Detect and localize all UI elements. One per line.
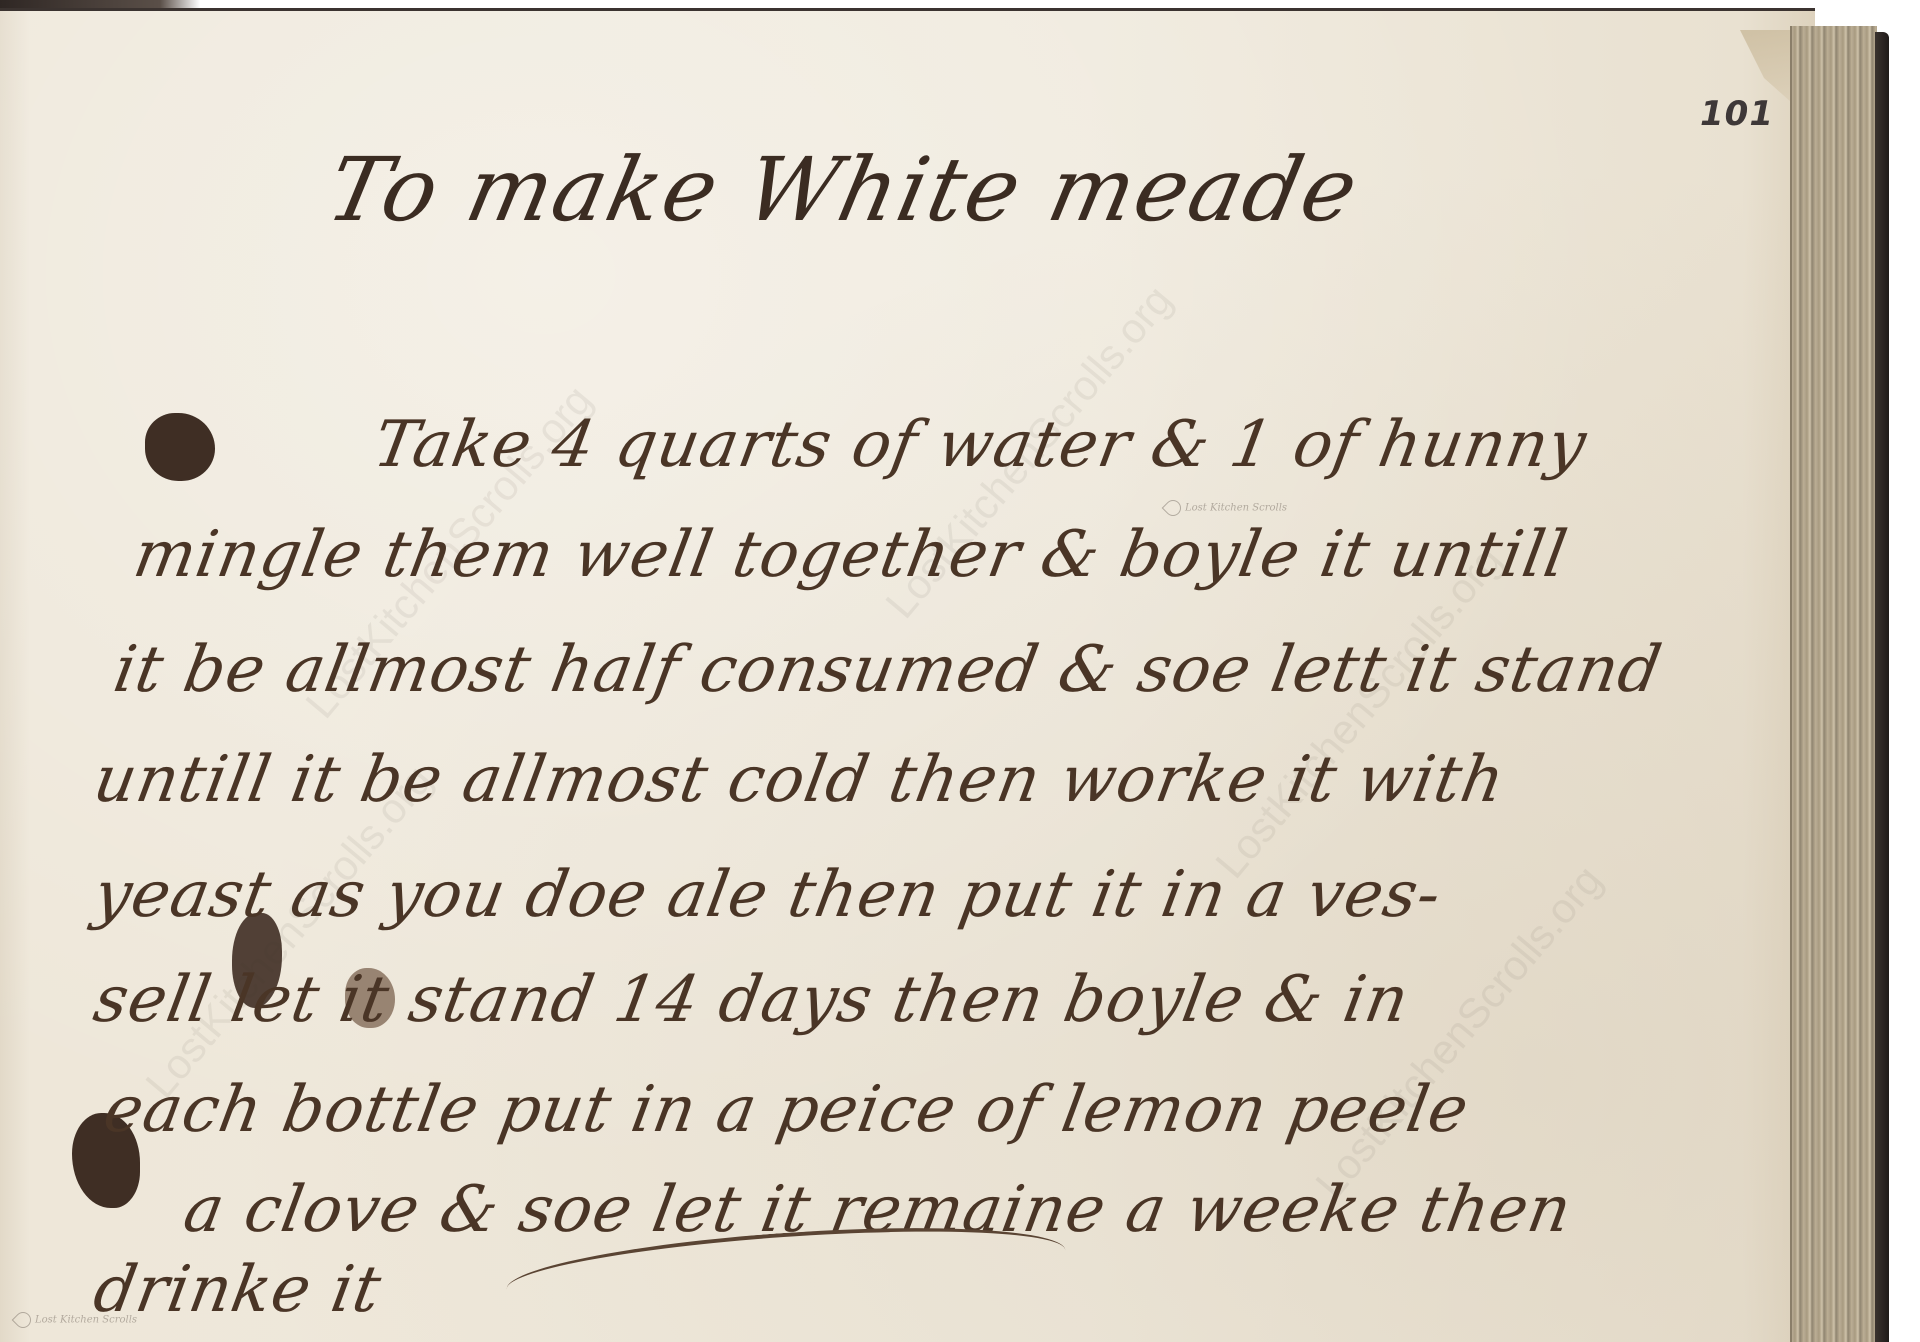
text-line: yeast as you doe ale then put it in a ve… [88,858,1446,932]
text-line: untill it be allmost cold then worke it … [88,743,1510,817]
book-cover-edge [1875,32,1889,1342]
text-line: mingle them well together & boyle it unt… [128,518,1572,592]
text-line: it be allmost half consumed & soe lett i… [108,633,1667,707]
ink-blot [145,413,215,481]
recipe-title: To make White meade [319,138,1368,241]
watermark-logo: Lost Kitchen Scrolls [1165,500,1287,516]
book-page-edges [1790,26,1877,1342]
text-line: each bottle put in a peice of lemon peel… [98,1073,1474,1147]
text-line: sell let it stand 14 days then boyle & i… [88,963,1414,1037]
text-line: drinke it [88,1253,386,1327]
page-number: 101 [1700,94,1774,134]
text-line: Take 4 quarts of water & 1 of hunny [368,408,1592,482]
manuscript-page: LostKitchenScrolls.org LostKitchenScroll… [0,8,1815,1342]
whisk-icon [12,1309,35,1332]
whisk-icon [1162,497,1185,520]
